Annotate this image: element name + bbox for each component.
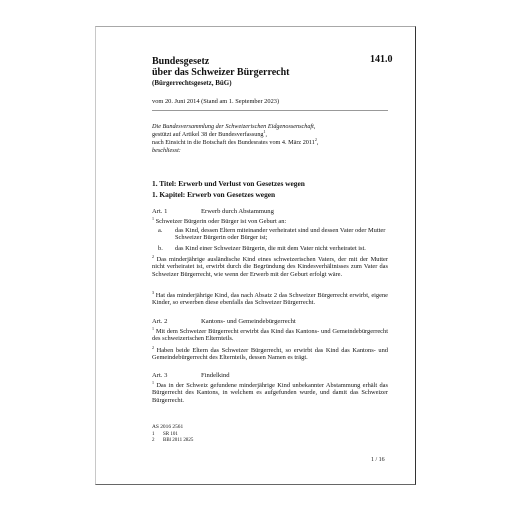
preamble-line2-text: gestützt auf Artikel 38 der Bundesverfas…: [152, 131, 264, 138]
preamble-line3-text: nach Einsicht in die Botschaft des Bunde…: [152, 139, 315, 146]
law-title-line2: über das Schweizer Bürgerrecht: [152, 68, 289, 78]
heading-chapter1: 1. Kapitel: Erwerb von Gesetzes wegen: [152, 191, 275, 198]
law-short-title: (Bürgerrechtsgesetz, BüG): [152, 80, 232, 87]
date-line: vom 20. Juni 2014 (Stand am 1. September…: [152, 99, 279, 105]
sr-number: 141.0: [370, 55, 393, 65]
as-reference: AS 2016 2561: [152, 425, 183, 430]
para-number: 1: [152, 326, 154, 331]
footnote-number: 1: [152, 432, 155, 437]
article-1-para-1: 1 Schweizer Bürgerin oder Bürger ist von…: [152, 218, 388, 225]
list-text: das Kind einer Schweizer Bürgerin, die m…: [175, 245, 388, 252]
document-page: 141.0 Bundesgesetz über das Schweizer Bü…: [95, 26, 416, 485]
para-number: 1: [152, 380, 154, 385]
law-title-line1: Bundesgesetz: [152, 57, 209, 67]
para-number: 1: [152, 216, 154, 221]
article-2-number: Art. 2: [152, 319, 167, 326]
article-3-para-1: 1 Das in der Schweiz gefundene minderjäh…: [152, 382, 388, 404]
article-1-list-b: b. das Kind einer Schweizer Bürgerin, di…: [158, 245, 388, 253]
list-marker: a.: [158, 227, 162, 234]
para-number: 2: [152, 254, 154, 259]
article-1-para-2: 2 Das minderjährige ausländische Kind ei…: [152, 256, 388, 278]
article-1-para-3: 3 Hat das minderjährige Kind, das nach A…: [152, 292, 388, 307]
footnote-1: 1 SR 101: [152, 432, 155, 437]
heading-title1: 1. Titel: Erwerb und Verlust von Gesetze…: [152, 180, 305, 187]
article-3-number: Art. 3: [152, 373, 167, 380]
article-3-title: Findelkind: [201, 373, 230, 380]
article-1-title: Erwerb durch Abstammung: [201, 209, 274, 216]
para-text: Das in der Schweiz gefundene minderjähri…: [152, 382, 388, 404]
preamble-line2: gestützt auf Artikel 38 der Bundesverfas…: [152, 132, 267, 138]
preamble-line1: Die Bundesversammlung der Schweizerische…: [152, 124, 315, 130]
article-1-list-a: a. das Kind, dessen Eltern miteinander v…: [158, 227, 388, 243]
list-marker: b.: [158, 245, 163, 252]
article-2-para-1: 1 Mit dem Schweizer Bürgerrecht erwirbt …: [152, 328, 388, 343]
preamble-line4: beschliesst:: [152, 148, 181, 154]
footnote-text: BBl 2011 2825: [163, 438, 193, 443]
footnote-number: 2: [152, 438, 155, 443]
para-text: Mit dem Schweizer Bürgerrecht erwirbt da…: [152, 328, 388, 342]
article-2-title: Kantons- und Gemeindebürgerrecht: [201, 319, 296, 326]
para-text: Schweizer Bürgerin oder Bürger ist von G…: [156, 218, 287, 225]
para-number: 3: [152, 290, 154, 295]
page-number: 1 / 16: [371, 457, 385, 463]
para-text: Haben beide Eltern das Schweizer Bürgerr…: [152, 347, 388, 361]
article-2-para-2: 2 Haben beide Eltern das Schweizer Bürge…: [152, 347, 388, 362]
footnote-2: 2 BBl 2011 2825: [152, 438, 155, 443]
para-number: 2: [152, 345, 154, 350]
footnote-ref[interactable]: 1: [264, 129, 266, 134]
article-1-number: Art. 1: [152, 209, 167, 216]
title-divider: [152, 110, 388, 111]
footnote-text: SR 101: [163, 432, 178, 437]
para-text: Hat das minderjährige Kind, das nach Abs…: [152, 292, 388, 306]
footnote-ref[interactable]: 2: [315, 137, 317, 142]
list-text: das Kind, dessen Eltern miteinander verh…: [175, 227, 388, 242]
para-text: Das minderjährige ausländische Kind eine…: [152, 256, 388, 278]
preamble-line3: nach Einsicht in die Botschaft des Bunde…: [152, 140, 318, 146]
